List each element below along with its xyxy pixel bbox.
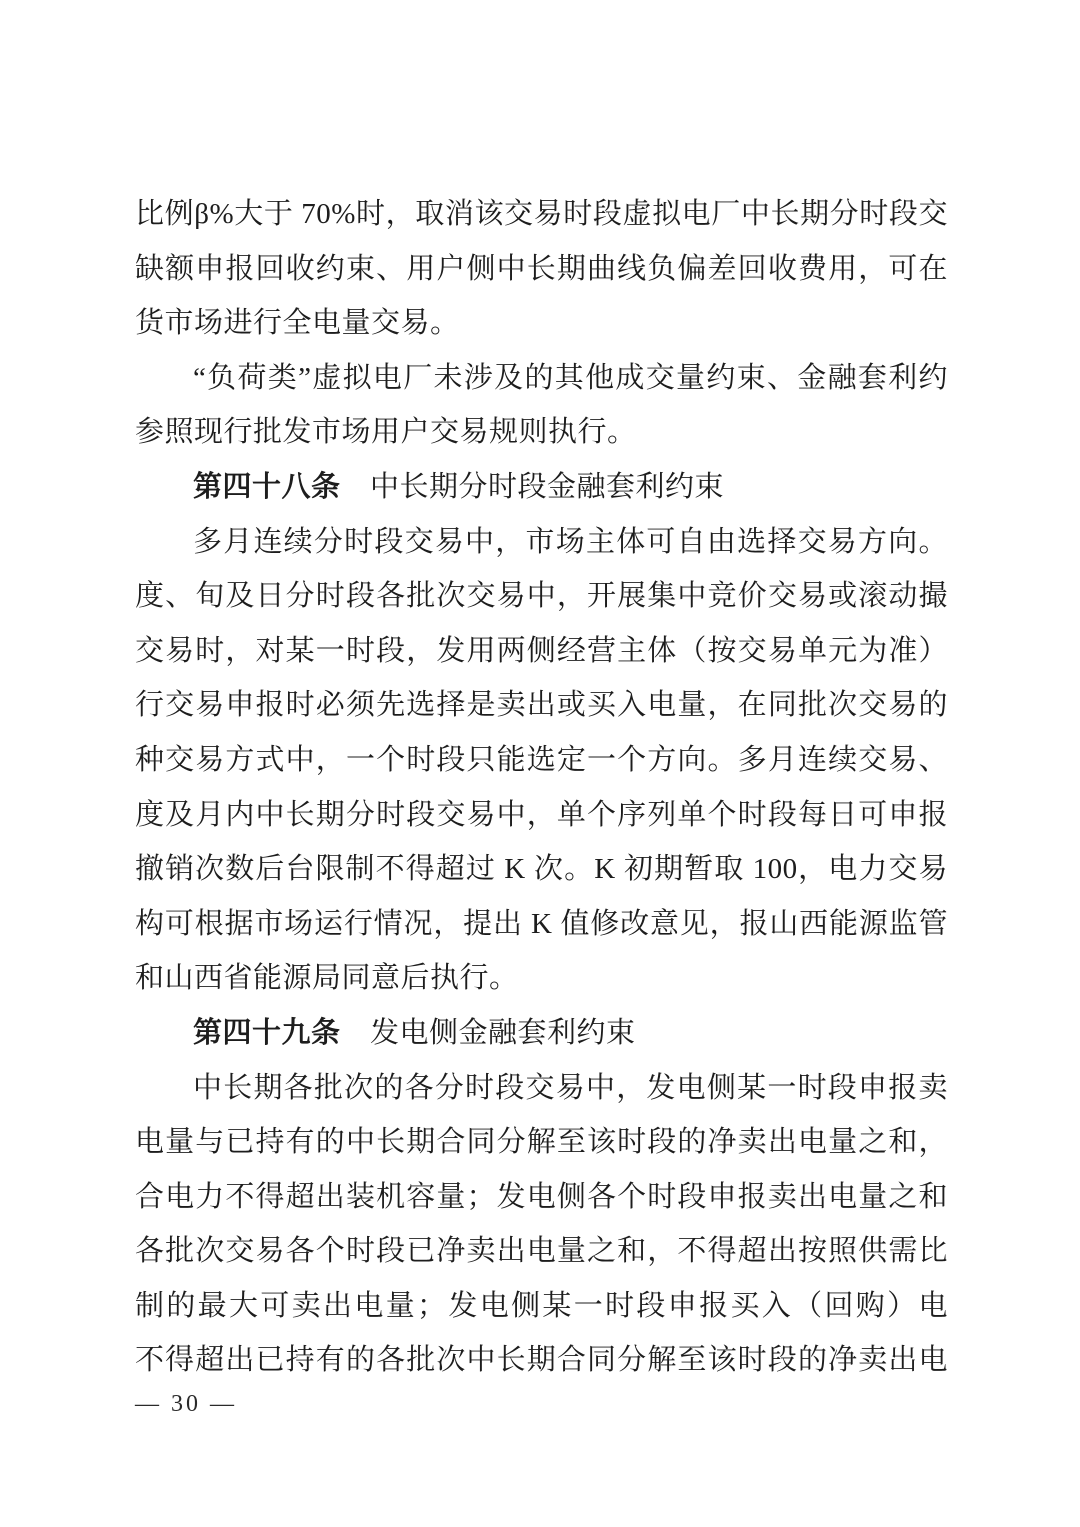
line-text: 度、旬及日分时段各批次交易中，开展集中竞价交易或滚动撮合	[135, 580, 948, 624]
article-number: 第四十八条	[193, 471, 341, 503]
line-text: 多月连续分时段交易中，市场主体可自由选择交易方向。月	[135, 526, 948, 570]
text-line: 不得超出已持有的各批次中长期合同分解至该时段的净卖出电	[135, 1333, 948, 1388]
text-line: 各批次交易各个时段已净卖出电量之和，不得超出按照供需比限	[135, 1224, 948, 1279]
text-line: 货市场进行全电量交易。	[135, 296, 948, 351]
line-text: 比例β%大于 70%时，取消该交易时段虚拟电厂中长期分时段交易	[135, 198, 948, 242]
page-footer: — 30 —	[135, 1389, 237, 1419]
line-text: 制的最大可卖出电量；发电侧某一时段申报买入（回购）电量，	[135, 1290, 948, 1334]
text-line: 中长期各批次的各分时段交易中，发电侧某一时段申报卖出	[135, 1061, 948, 1116]
text-line: 行交易申报时必须先选择是卖出或买入电量，在同批次交易的同	[135, 678, 948, 733]
line-text: 发电侧金融套利约束	[341, 1017, 636, 1049]
line-text: 种交易方式中，一个时段只能选定一个方向。多月连续交易、月	[135, 744, 948, 788]
line-text: 合电力不得超出装机容量；发电侧各个时段申报卖出电量之和与	[135, 1181, 948, 1225]
line-text: 行交易申报时必须先选择是卖出或买入电量，在同批次交易的同	[135, 689, 948, 733]
text-line: 缺额申报回收约束、用户侧中长期曲线负偏差回收费用，可在现	[135, 242, 948, 297]
text-line: 电量与已持有的中长期合同分解至该时段的净卖出电量之和，折	[135, 1115, 948, 1170]
text-line: 多月连续分时段交易中，市场主体可自由选择交易方向。月	[135, 515, 948, 570]
line-text: 货市场进行全电量交易。	[135, 307, 460, 339]
line-text: 和山西省能源局同意后执行。	[135, 962, 519, 994]
line-text: 度及月内中长期分时段交易中，单个序列单个时段每日可申报及	[135, 799, 948, 843]
line-text: 中长期分时段金融套利约束	[341, 471, 725, 503]
text-line: 参照现行批发市场用户交易规则执行。	[135, 405, 948, 460]
line-text: “负荷类”虚拟电厂未涉及的其他成交量约束、金融套利约束	[135, 362, 948, 406]
line-text: 缺额申报回收约束、用户侧中长期曲线负偏差回收费用，可在现	[135, 253, 948, 297]
text-line: 种交易方式中，一个时段只能选定一个方向。多月连续交易、月	[135, 733, 948, 788]
text-line: 度及月内中长期分时段交易中，单个序列单个时段每日可申报及	[135, 788, 948, 843]
line-text: 各批次交易各个时段已净卖出电量之和，不得超出按照供需比限	[135, 1235, 948, 1279]
line-text: 交易时，对某一时段，发用两侧经营主体（按交易单元为准）进	[135, 635, 948, 679]
text-line: 撤销次数后台限制不得超过 K 次。K 初期暂取 100，电力交易机	[135, 842, 948, 897]
text-line: 构可根据市场运行情况，提出 K 值修改意见，报山西能源监管办	[135, 897, 948, 952]
line-text: 参照现行批发市场用户交易规则执行。	[135, 416, 637, 448]
line-text: 电量与已持有的中长期合同分解至该时段的净卖出电量之和，折	[135, 1126, 948, 1170]
line-text: 撤销次数后台限制不得超过 K 次。K 初期暂取 100，电力交易机	[135, 853, 948, 897]
text-line: 交易时，对某一时段，发用两侧经营主体（按交易单元为准）进	[135, 624, 948, 679]
line-text: 构可根据市场运行情况，提出 K 值修改意见，报山西能源监管办	[135, 908, 948, 952]
line-text: 不得超出已持有的各批次中长期合同分解至该时段的净卖出电	[135, 1344, 948, 1376]
article-number: 第四十九条	[193, 1017, 341, 1049]
article-heading: 第四十八条 中长期分时段金融套利约束	[135, 460, 948, 515]
text-line: 制的最大可卖出电量；发电侧某一时段申报买入（回购）电量，	[135, 1279, 948, 1334]
page-number: — 30 —	[135, 1391, 237, 1417]
text-line: 度、旬及日分时段各批次交易中，开展集中竞价交易或滚动撮合	[135, 569, 948, 624]
text-line: “负荷类”虚拟电厂未涉及的其他成交量约束、金融套利约束	[135, 351, 948, 406]
document-body: 比例β%大于 70%时，取消该交易时段虚拟电厂中长期分时段交易缺额申报回收约束、…	[135, 187, 948, 1388]
article-heading: 第四十九条 发电侧金融套利约束	[135, 1006, 948, 1061]
text-line: 合电力不得超出装机容量；发电侧各个时段申报卖出电量之和与	[135, 1170, 948, 1225]
text-line: 比例β%大于 70%时，取消该交易时段虚拟电厂中长期分时段交易	[135, 187, 948, 242]
line-text: 中长期各批次的各分时段交易中，发电侧某一时段申报卖出	[135, 1072, 948, 1116]
text-line: 和山西省能源局同意后执行。	[135, 951, 948, 1006]
document-page: 比例β%大于 70%时，取消该交易时段虚拟电厂中长期分时段交易缺额申报回收约束、…	[0, 0, 1080, 1527]
